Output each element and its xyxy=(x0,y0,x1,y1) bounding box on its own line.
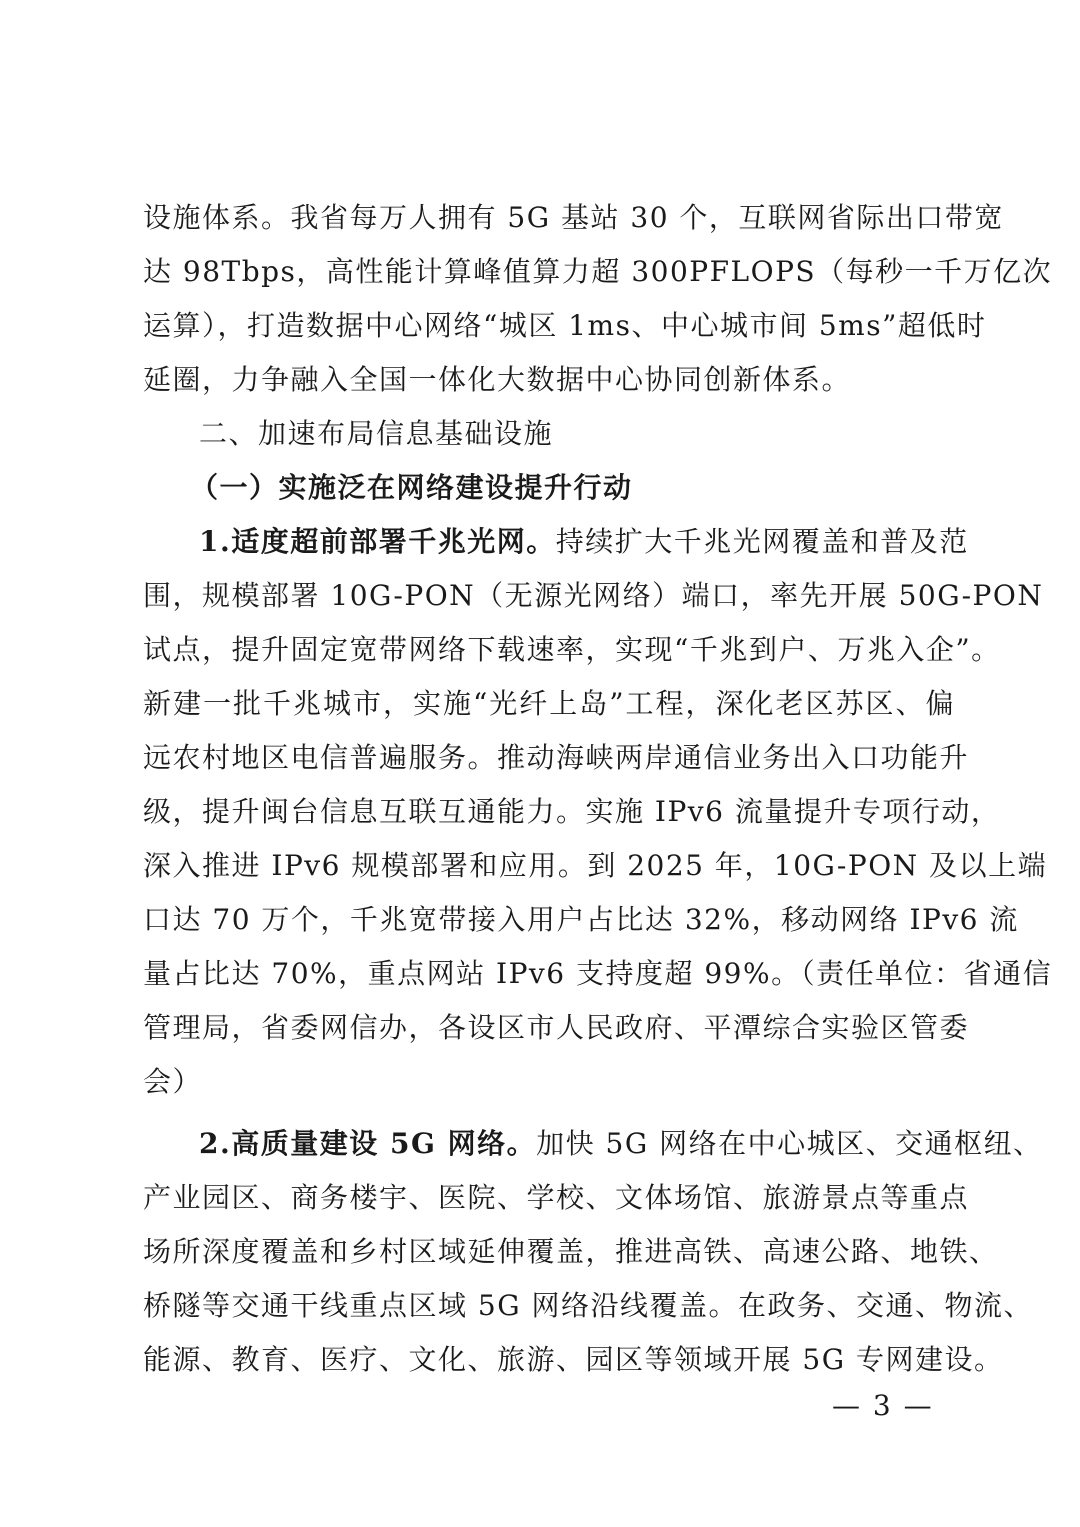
body-line: 达 98Tbps，高性能计算峰值算力超 300PFLOPS（每秒一千万亿次 xyxy=(143,255,955,289)
body-line: 场所深度覆盖和乡村区域延伸覆盖，推进高铁、高速公路、地铁、 xyxy=(143,1235,955,1269)
body-line: 延圈，力争融入全国一体化大数据中心协同创新体系。 xyxy=(143,363,955,397)
body-line: 级，提升闽台信息互联互通能力。实施 IPv6 流量提升专项行动， xyxy=(143,795,955,829)
body-line: 会） xyxy=(143,1065,955,1099)
item1-first-line: 1.适度超前部署千兆光网。持续扩大千兆光网覆盖和普及范 xyxy=(199,525,955,559)
body-line: 产业园区、商务楼宇、医院、学校、文体场馆、旅游景点等重点 xyxy=(143,1181,955,1215)
body-line: 管理局，省委网信办，各设区市人民政府、平潭综合实验区管委 xyxy=(143,1011,955,1045)
body-line: 量占比达 70%，重点网站 IPv6 支持度超 99%。（责任单位：省通信 xyxy=(143,957,955,991)
item2-text: 加快 5G 网络在中心城区、交通枢纽、 xyxy=(536,1127,1042,1160)
item2-first-line: 2.高质量建设 5G 网络。加快 5G 网络在中心城区、交通枢纽、 xyxy=(199,1127,955,1161)
body-line: 深入推进 IPv6 规模部署和应用。到 2025 年，10G-PON 及以上端 xyxy=(143,849,955,883)
body-line: 围，规模部署 10G-PON（无源光网络）端口，率先开展 50G-PON xyxy=(143,579,955,613)
body-line: 能源、教育、医疗、文化、旅游、园区等领域开展 5G 专网建设。 xyxy=(143,1343,955,1377)
body-line: 新建一批千兆城市，实施“光纤上岛”工程，深化老区苏区、偏 xyxy=(143,687,955,721)
body-line: 运算），打造数据中心网络“城区 1ms、中心城市间 5ms”超低时 xyxy=(143,309,955,343)
item1-title: 1.适度超前部署千兆光网。 xyxy=(199,525,556,558)
subsection-heading: （一）实施泛在网络建设提升行动 xyxy=(190,471,1002,505)
body-line: 设施体系。我省每万人拥有 5G 基站 30 个，互联网省际出口带宽 xyxy=(143,201,955,235)
body-line: 试点，提升固定宽带网络下载速率，实现“千兆到户、万兆入企”。 xyxy=(143,633,955,667)
body-line: 桥隧等交通干线重点区域 5G 网络沿线覆盖。在政务、交通、物流、 xyxy=(143,1289,955,1323)
item2-title: 2.高质量建设 5G 网络。 xyxy=(199,1127,536,1160)
body-line: 远农村地区电信普遍服务。推动海峡两岸通信业务出入口功能升 xyxy=(143,741,955,775)
section-heading: 二、加速布局信息基础设施 xyxy=(199,417,955,451)
item1-text: 持续扩大千兆光网覆盖和普及范 xyxy=(556,525,969,558)
page-number: — 3 — xyxy=(832,1389,932,1423)
body-line: 口达 70 万个，千兆宽带接入用户占比达 32%，移动网络 IPv6 流 xyxy=(143,903,955,937)
document-page: 设施体系。我省每万人拥有 5G 基站 30 个，互联网省际出口带宽 达 98Tb… xyxy=(0,0,1080,1527)
